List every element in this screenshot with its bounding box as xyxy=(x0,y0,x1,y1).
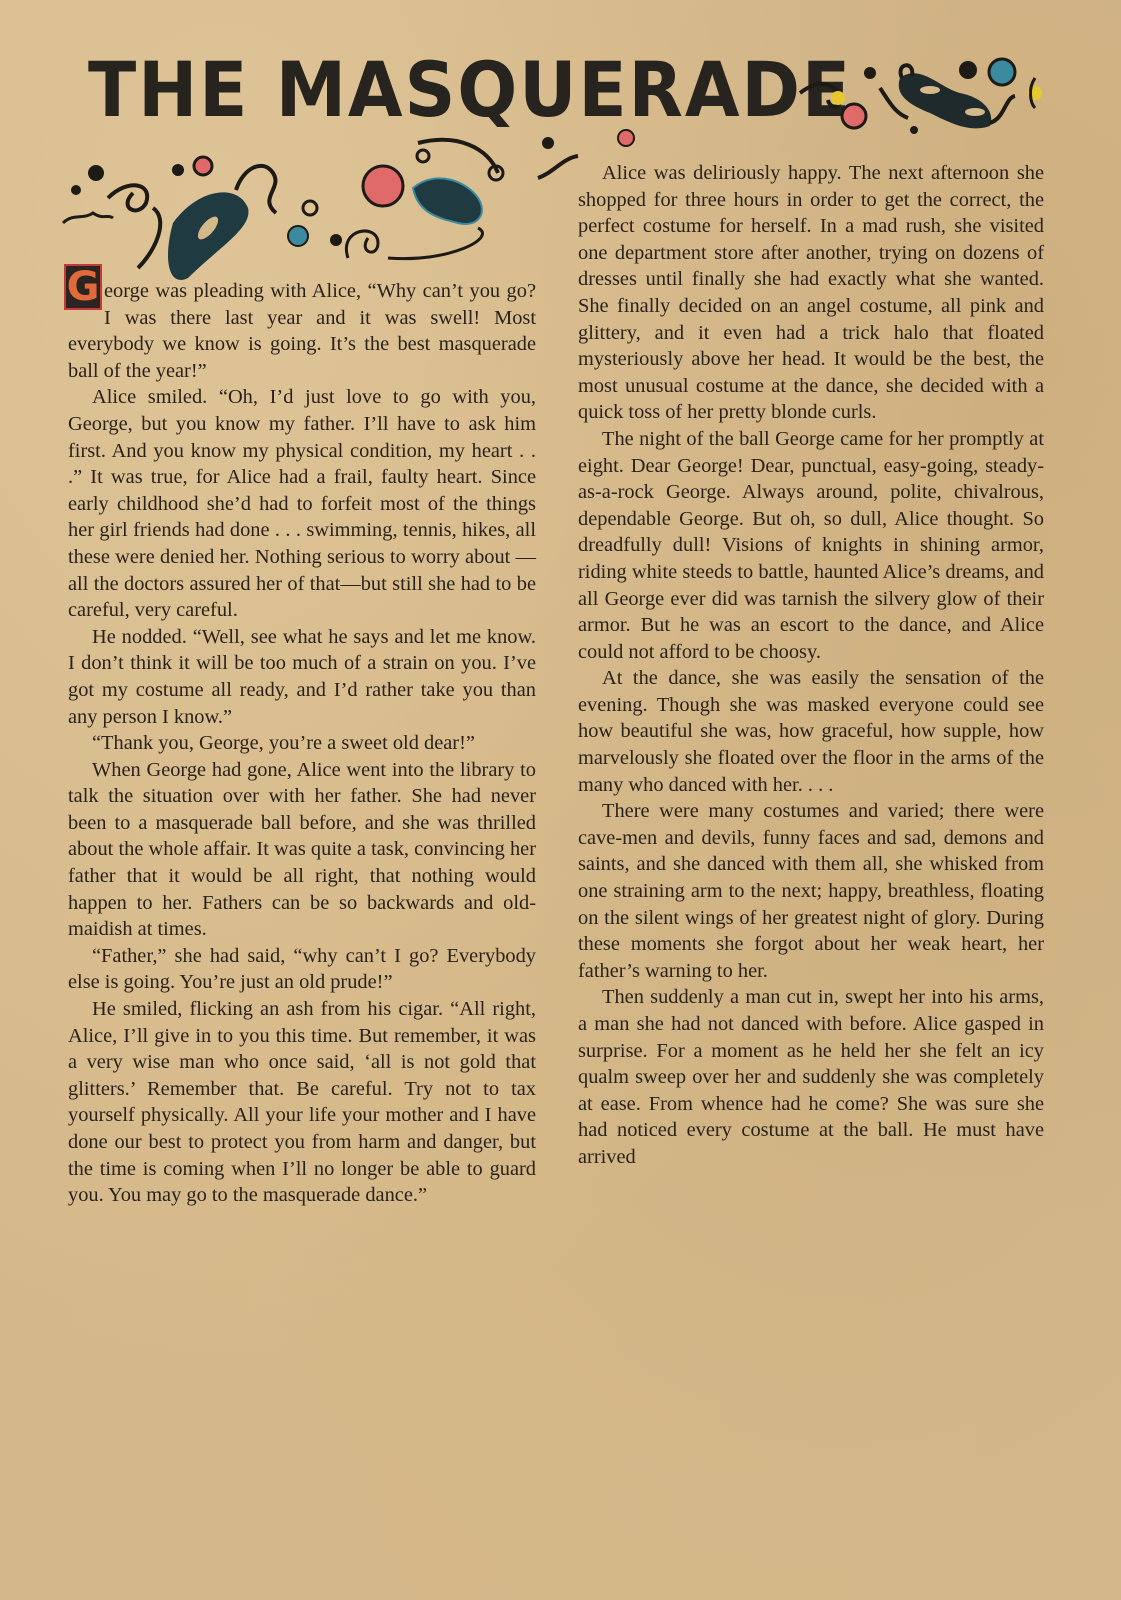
right-text-column: Alice was deliriously happy. The next af… xyxy=(578,160,1044,1171)
paragraph: He smiled, flicking an ash from his ciga… xyxy=(68,996,536,1209)
left-text-column: George was pleading with Alice, “Why can… xyxy=(68,278,536,1209)
masquerade-mask-icon xyxy=(790,48,1050,148)
story-title: THE MASQUERADE xyxy=(88,52,852,128)
paragraph: The night of the ball George came for he… xyxy=(578,426,1044,665)
paragraph: “Father,” she had said, “why can’t I go?… xyxy=(68,943,536,996)
paragraph: “Thank you, George, you’re a sweet old d… xyxy=(68,730,536,757)
paragraph: Alice was deliriously happy. The next af… xyxy=(578,160,1044,426)
paragraph: There were many costumes and varied; the… xyxy=(578,798,1044,984)
confetti-decoration-icon xyxy=(58,128,638,288)
drop-cap-letter: G xyxy=(64,264,102,310)
paragraph: Then suddenly a man cut in, swept her in… xyxy=(578,984,1044,1170)
paragraph: At the dance, she was easily the sensati… xyxy=(578,665,1044,798)
paragraph: When George had gone, Alice went into th… xyxy=(68,757,536,943)
opening-paragraph: George was pleading with Alice, “Why can… xyxy=(68,278,536,384)
paragraph: Alice smiled. “Oh, I’d just love to go w… xyxy=(68,384,536,623)
paragraph: He nodded. “Well, see what he says and l… xyxy=(68,624,536,730)
